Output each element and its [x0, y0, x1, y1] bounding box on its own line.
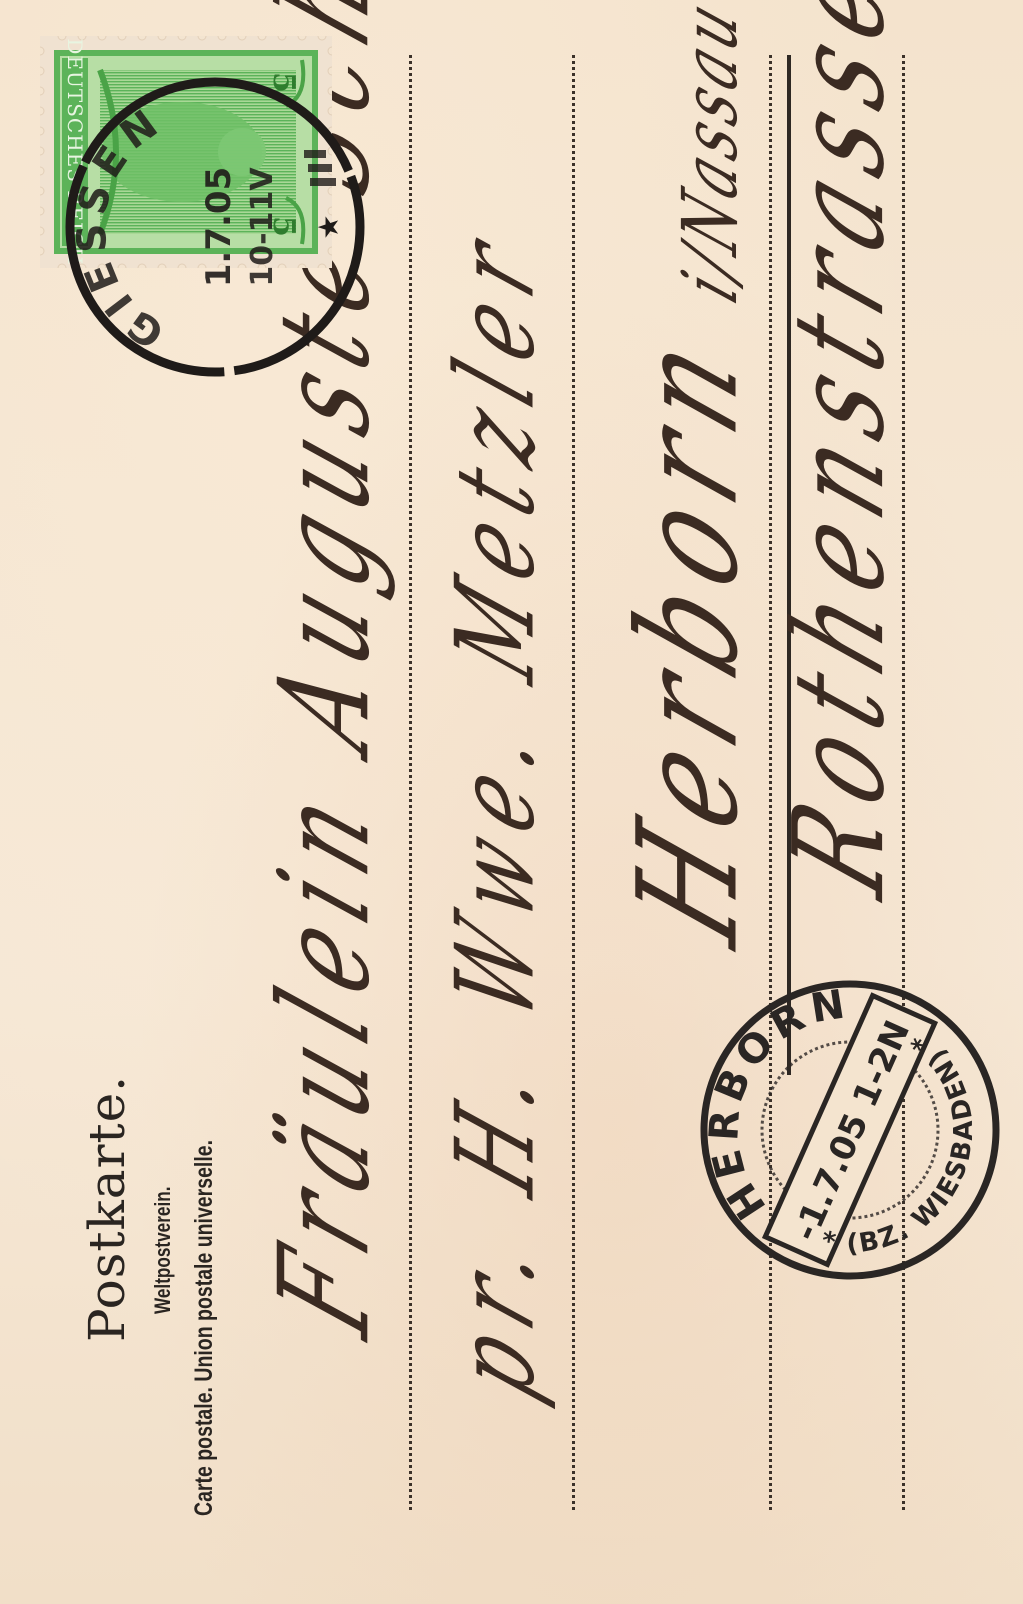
postmark-herborn: HERBORN * (BZ. WIESBADEN) * -1.7.05 1-2N — [649, 929, 1023, 1330]
address-line-1-dots — [409, 55, 412, 1510]
postmark-giessen-place: GIESSEN — [68, 97, 172, 357]
postcard-title: Postkarte. — [78, 1075, 136, 1342]
postmark-giessen-star: ★ — [312, 214, 345, 239]
postmark-giessen-time: 10-11V — [245, 167, 280, 287]
postmark-giessen: GIESSEN 1.7.05 10-11V ★ — [60, 72, 370, 382]
postcard-subtitle: Weltpostverein. — [150, 1187, 176, 1314]
postcard-back: Postkarte. Weltpostverein. Carte postale… — [0, 0, 1023, 1604]
address-region: i/Nassau — [667, 0, 755, 314]
address-city: Herborn — [608, 300, 768, 964]
postcard-subtitle-french: Carte postale. Union postale universelle… — [190, 1140, 219, 1516]
svg-text:GIESSEN: GIESSEN — [68, 97, 172, 357]
address-line-2-dots — [572, 55, 575, 1510]
address-street: Rothenstrasse — [766, 0, 912, 914]
postmark-giessen-date: 1.7.05 — [199, 167, 239, 287]
address-care-of: pr. H. Wwe. Metzler — [432, 205, 558, 1414]
